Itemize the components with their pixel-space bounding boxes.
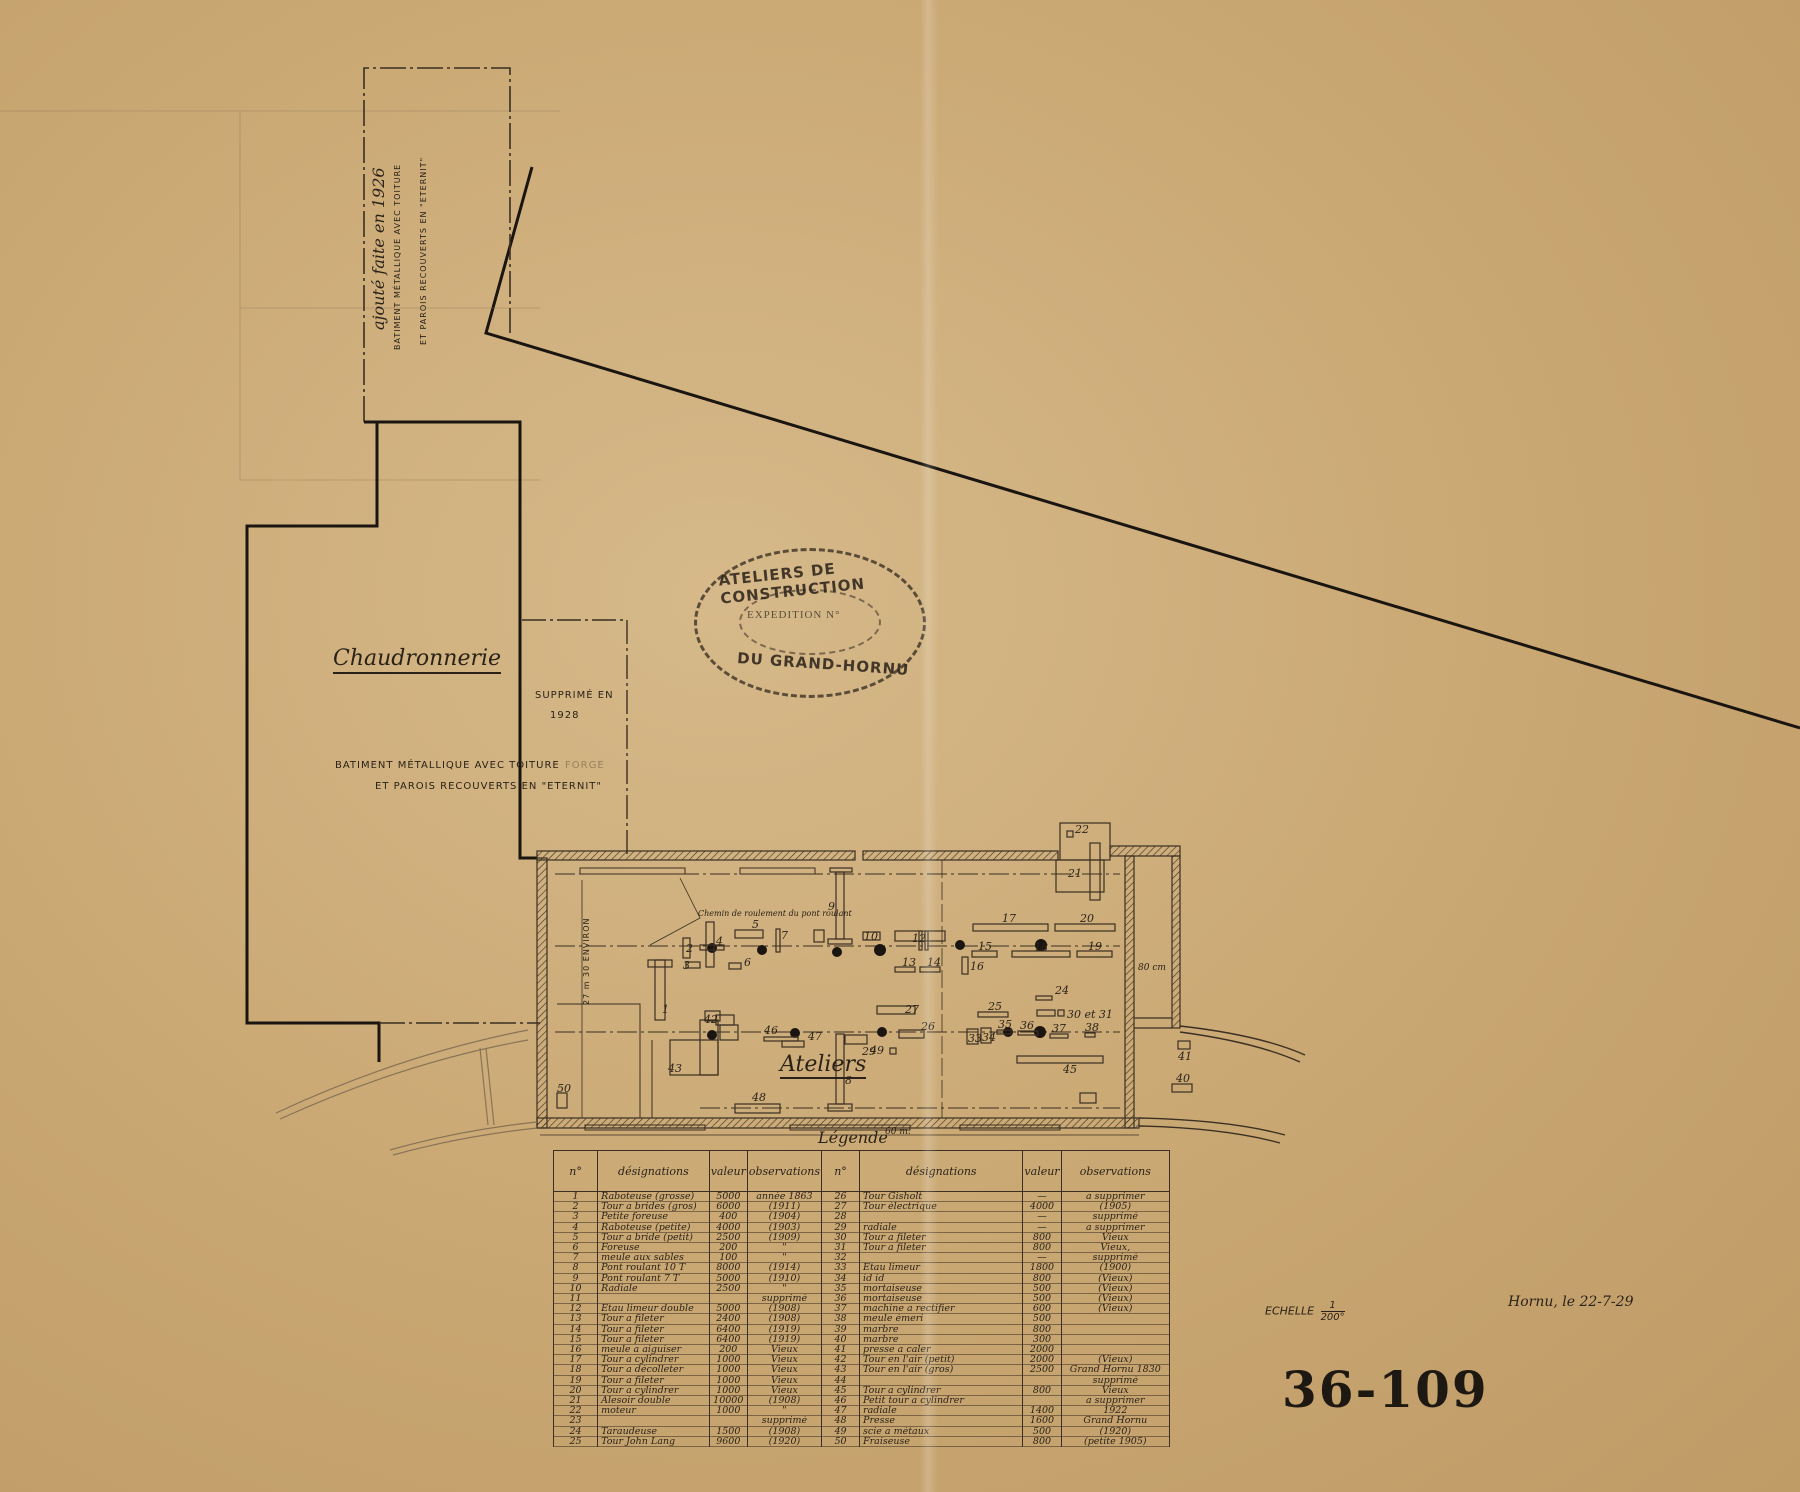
chaudronnerie-desc-1: BATIMENT MÉTALLIQUE AVEC TOITURE [335,760,560,771]
legend-cell-value: — [1023,1192,1061,1202]
legend-cell-observation [1061,1345,1169,1355]
legend-cell-item-number: 31 [822,1243,860,1253]
legend-row: 18Tour a décolleter1000Vieux43Tour en l'… [554,1365,1170,1375]
legend-cell-item-number: 44 [822,1375,860,1385]
legend-row: 17Tour a cylindrer1000Vieux42Tour en l'a… [554,1355,1170,1365]
scale-label: ECHELLE 1 200° [1265,1300,1345,1323]
legend-row: 15Tour a fileter6400(1919)40marbre300 [554,1334,1170,1344]
legend-cell-value [1023,1375,1061,1385]
col-header-value: valeur [709,1151,747,1192]
legend-cell-item-number: 37 [822,1304,860,1314]
legend-cell-designation: Alesoir double [598,1396,710,1406]
legend-cell-item-number: 41 [822,1345,860,1355]
plan-number: 38 [1085,1021,1099,1034]
legend-row: 8Pont roulant 10 T8000(1914)33Etau limeu… [554,1263,1170,1273]
legend-cell-designation: Petite foreuse [598,1212,710,1222]
chaudronnerie-outline [364,422,537,858]
legend-cell-designation: Tour a cylindrer [598,1355,710,1365]
plan-number: 33 [968,1032,982,1045]
col-header-observations-2: observations [1061,1151,1169,1192]
legend-row: 1Raboteuse (grosse)5000année 186326Tour … [554,1192,1170,1202]
legend-cell-designation: Tour a bride (petit) [598,1232,710,1242]
legend-cell-value: 2500 [1023,1365,1061,1375]
legend-cell-item-number: 5 [554,1232,598,1242]
plan-number: 26 [921,1020,935,1033]
legend-cell-value: 6400 [709,1334,747,1344]
legend-cell-item-number: 32 [822,1253,860,1263]
legend-cell-designation: marbre [860,1334,1023,1344]
col-header-observations: observations [747,1151,821,1192]
legend-cell-designation: meule émeri [860,1314,1023,1324]
legend-cell-item-number: 8 [554,1263,598,1273]
legend-cell-designation: Tour a brides (gros) [598,1202,710,1212]
legend-cell-value: 8000 [709,1263,747,1273]
legend-cell-observation: (1903) [747,1222,821,1232]
ateliers-title: Ateliers [780,1052,866,1079]
legend-cell-value: 500 [1023,1426,1061,1436]
legend-cell-value: 6000 [709,1202,747,1212]
legend-cell-value [709,1416,747,1426]
col-header-value-2: valeur [1023,1151,1061,1192]
legend-cell-observation: (1919) [747,1324,821,1334]
legend-cell-item-number: 6 [554,1243,598,1253]
plan-number: 49 [870,1044,884,1057]
legend-cell-designation [860,1253,1023,1263]
legend-cell-item-number: 36 [822,1294,860,1304]
plan-number: 36 [1020,1019,1034,1032]
legend-cell-designation: Tour électrique [860,1202,1023,1212]
legend-cell-observation: Vieux [747,1365,821,1375]
plan-number: 17 [1002,912,1016,925]
legend-cell-item-number: 18 [554,1365,598,1375]
legend-cell-observation: Vieux, [1061,1243,1169,1253]
legend-row: 19Tour a fileter1000Vieux44supprimé [554,1375,1170,1385]
legend-cell-designation: Foreuse [598,1243,710,1253]
legend-cell-observation: année 1863 [747,1192,821,1202]
legend-cell-observation: Vieux [747,1345,821,1355]
legend-cell-value: 1000 [709,1365,747,1375]
suppressed-label-1: SUPPRIMÉ EN [535,690,614,701]
legend-cell-observation: 1922 [1061,1406,1169,1416]
legend-cell-designation: radiale [860,1222,1023,1232]
legend-cell-designation: meule a aiguiser [598,1345,710,1355]
plan-number: 15 [978,940,992,953]
legend-cell-observation: (1920) [747,1436,821,1446]
legend-row: 24Taraudeuse1500(1908)49scie a métaux500… [554,1426,1170,1436]
plan-number: 3 [683,959,690,972]
legend-cell-item-number: 3 [554,1212,598,1222]
legend-cell-observation: supprimé [1061,1375,1169,1385]
legend-cell-observation: (1904) [747,1212,821,1222]
legend-cell-item-number: 13 [554,1314,598,1324]
plan-number: 24 [1055,984,1069,997]
plan-number: 4 [716,935,723,948]
legend-cell-observation: supprimé [1061,1212,1169,1222]
legend-cell-designation: Raboteuse (grosse) [598,1192,710,1202]
legend-row: 7meule aux sables100"32—supprimé [554,1253,1170,1263]
legend-row: 6Foreuse200"31Tour a fileter800Vieux, [554,1243,1170,1253]
plan-number: 19 [1088,940,1102,953]
legend-cell-item-number: 29 [822,1222,860,1232]
legend-cell-observation: (1908) [747,1314,821,1324]
plan-number: 16 [970,960,984,973]
plan-number: 42 [704,1013,718,1026]
legend-cell-designation: Taraudeuse [598,1426,710,1436]
chaudronnerie-desc-2: ET PAROIS RECOUVERTS EN "ETERNIT" [375,781,602,792]
legend-cell-value: 5000 [709,1192,747,1202]
legend-cell-observation: a supprimer [1061,1222,1169,1232]
forge-faint-label: FORGE [565,760,605,771]
legend-cell-observation: (1914) [747,1263,821,1273]
legend-cell-item-number: 21 [554,1396,598,1406]
legend-cell-designation: Tour a fileter [860,1232,1023,1242]
legend-cell-designation: Tour en l'air (petit) [860,1355,1023,1365]
legend-cell-designation: Tour en l'air (gros) [860,1365,1023,1375]
legend-cell-item-number: 35 [822,1283,860,1293]
legend-cell-value: 1500 [709,1426,747,1436]
plan-number: 48 [752,1091,766,1104]
legend-cell-observation: " [747,1283,821,1293]
legend-cell-item-number: 20 [554,1385,598,1395]
legend-cell-item-number: 46 [822,1396,860,1406]
legend-row: 4Raboteuse (petite)4000(1903)29radiale—a… [554,1222,1170,1232]
legend-cell-observation [1061,1314,1169,1324]
legend-cell-observation: Vieux [747,1355,821,1365]
legend-cell-item-number: 19 [554,1375,598,1385]
legend-cell-designation: marbre [860,1324,1023,1334]
addition-1926-desc-1: BATIMENT MÉTALLIQUE AVEC TOITURE [393,164,402,350]
scale-text: ECHELLE [1265,1305,1314,1318]
ateliers-length-dimension: 60 m. [885,1127,911,1137]
legend-cell-observation: (1908) [747,1396,821,1406]
legend-cell-item-number: 17 [554,1355,598,1365]
legend-cell-designation: Pont roulant 7 T [598,1273,710,1283]
plan-number: 47 [808,1030,822,1043]
legend-cell-observation: (Vieux) [1061,1273,1169,1283]
legend-cell-designation: Tour a cylindrer [860,1385,1023,1395]
plan-number: 1 [662,1003,669,1016]
legend-cell-designation: Presse [860,1416,1023,1426]
legend-cell-designation: Tour a cylindrer [598,1385,710,1395]
legend-cell-item-number: 42 [822,1355,860,1365]
legend-cell-designation: Tour a fileter [598,1375,710,1385]
place-date: Hornu, le 22-7-29 [1508,1294,1633,1310]
plan-number: 27 [905,1003,919,1016]
legend-cell-value: 1600 [1023,1416,1061,1426]
legend-cell-designation: machine a rectifier [860,1304,1023,1314]
legend-cell-value: 2000 [1023,1355,1061,1365]
legend-cell-value: 1000 [709,1375,747,1385]
legend-cell-designation: Fraiseuse [860,1436,1023,1446]
reference-number: 36-109 [1282,1360,1489,1419]
legend-row: 11supprimé36mortaiseuse500(Vieux) [554,1294,1170,1304]
legend-cell-item-number: 40 [822,1334,860,1344]
legend-cell-observation: Vieux [1061,1385,1169,1395]
legend-cell-item-number: 47 [822,1406,860,1416]
plan-number: 43 [668,1062,682,1075]
legend-cell-designation: Radiale [598,1283,710,1293]
legend-row: 5Tour a bride (petit)2500(1909)30Tour a … [554,1232,1170,1242]
legend-cell-value: 6400 [709,1324,747,1334]
legend-cell-item-number: 27 [822,1202,860,1212]
legend-cell-item-number: 50 [822,1436,860,1446]
legend-cell-observation: (1908) [747,1304,821,1314]
legend-cell-item-number: 1 [554,1192,598,1202]
legend-cell-observation: a supprimer [1061,1192,1169,1202]
legend-cell-designation: Tour a fileter [598,1314,710,1324]
legend-cell-observation: Grand Hornu [1061,1416,1169,1426]
legend-cell-item-number: 9 [554,1273,598,1283]
legend-cell-designation: mortaiseuse [860,1294,1023,1304]
suppressed-label-2: 1928 [550,710,579,721]
plan-number: 34 [982,1031,996,1044]
legend-cell-designation: Tour a fileter [598,1334,710,1344]
legend-cell-designation: Etau limeur [860,1263,1023,1273]
legend-cell-designation [598,1416,710,1426]
legend-cell-designation: id id [860,1273,1023,1283]
legend-cell-observation: (petite 1905) [1061,1436,1169,1446]
legend-cell-observation: a supprimer [1061,1396,1169,1406]
legend-cell-item-number: 38 [822,1314,860,1324]
legend-cell-value: 800 [1023,1436,1061,1446]
wall-thickness-dimension: 80 cm [1138,963,1166,973]
legend-cell-value: 5000 [709,1304,747,1314]
legend-cell-value: 500 [1023,1283,1061,1293]
legend-cell-value: 2500 [709,1232,747,1242]
legend-cell-designation: radiale [860,1406,1023,1416]
legend-cell-observation: " [747,1253,821,1263]
legend-cell-value: 800 [1023,1385,1061,1395]
col-header-no: n° [554,1151,598,1192]
plan-number: 10 [864,930,878,943]
legend-cell-item-number: 23 [554,1416,598,1426]
plan-number: 18 [1034,941,1048,954]
legend-cell-observation: (Vieux) [1061,1294,1169,1304]
legend-cell-value: 500 [1023,1294,1061,1304]
legend-cell-designation: Tour John Lang [598,1436,710,1446]
legend-cell-observation: (Vieux) [1061,1304,1169,1314]
legend-cell-designation: moteur [598,1406,710,1416]
legend-cell-item-number: 45 [822,1385,860,1395]
plan-number: 21 [1068,867,1082,880]
legend-cell-observation: (1905) [1061,1202,1169,1212]
drawing-sheet: ATELIERS DE CONSTRUCTION EXPEDITION N° D… [0,0,1800,1492]
legend-cell-observation: Vieux [1061,1232,1169,1242]
plan-number: 9 [828,900,835,913]
legend-cell-item-number: 28 [822,1212,860,1222]
legend-cell-designation: mortaiseuse [860,1283,1023,1293]
legend-cell-observation: Vieux [747,1385,821,1395]
legend-cell-designation: scie a métaux [860,1426,1023,1436]
legend-cell-observation: (1911) [747,1202,821,1212]
col-header-no-2: n° [822,1151,860,1192]
legend-cell-designation [598,1294,710,1304]
legend-cell-designation: Raboteuse (petite) [598,1222,710,1232]
legend-cell-item-number: 4 [554,1222,598,1232]
plan-number: 7 [781,929,788,942]
legend-cell-observation: supprimé [747,1416,821,1426]
legend-row: 9Pont roulant 7 T5000(1910)34id id800(Vi… [554,1273,1170,1283]
legend-cell-value: — [1023,1222,1061,1232]
legend-cell-value: 1400 [1023,1406,1061,1416]
plan-number: 25 [988,1000,1002,1013]
legend-cell-item-number: 11 [554,1294,598,1304]
legend-cell-observation: supprimé [1061,1253,1169,1263]
legend-cell-item-number: 24 [554,1426,598,1436]
legend-row: 12Etau limeur double5000(1908)37machine … [554,1304,1170,1314]
legend-cell-observation: Vieux [747,1375,821,1385]
plan-number: 40 [1176,1072,1190,1085]
legend-cell-value: 800 [1023,1232,1061,1242]
legend-cell-value: 600 [1023,1304,1061,1314]
legend-row: 20Tour a cylindrer1000Vieux45Tour a cyli… [554,1385,1170,1395]
plan-number: 8 [845,1074,852,1087]
legend-cell-item-number: 14 [554,1324,598,1334]
plan-number: 2 [686,942,693,955]
plan-number: 12 [912,932,926,945]
company-stamp: ATELIERS DE CONSTRUCTION EXPEDITION N° D… [694,548,926,698]
suppressed-forge-outline [522,620,627,858]
legend-cell-value: 800 [1023,1273,1061,1283]
legend-cell-designation: Tour Gisholt [860,1192,1023,1202]
legend-cell-designation: Etau limeur double [598,1304,710,1314]
legend-cell-designation: meule aux sables [598,1253,710,1263]
legend-row: 21Alesoir double10000(1908)46Petit tour … [554,1396,1170,1406]
legend-cell-item-number: 22 [554,1406,598,1416]
legend-cell-item-number: 49 [822,1426,860,1436]
legend-cell-observation: Grand Hornu 1830 [1061,1365,1169,1375]
legend-cell-value: 100 [709,1253,747,1263]
addition-1926-title: ajouté faite en 1926 [369,167,388,330]
legend-row: 2Tour a brides (gros)6000(1911)27Tour él… [554,1202,1170,1212]
legend-cell-value: 9600 [709,1436,747,1446]
legend-header-row: n° désignations valeur observations n° d… [554,1151,1170,1192]
legend-cell-value: 1800 [1023,1263,1061,1273]
legend-cell-observation: (1920) [1061,1426,1169,1436]
legend-cell-value: — [1023,1253,1061,1263]
plan-number: 50 [557,1082,571,1095]
legend-row: 14Tour a fileter6400(1919)39marbre800 [554,1324,1170,1334]
col-header-designation: désignations [598,1151,710,1192]
plan-number: 46 [764,1024,778,1037]
legend-cell-item-number: 48 [822,1416,860,1426]
legend-cell-item-number: 16 [554,1345,598,1355]
legend-cell-observation: (1900) [1061,1263,1169,1273]
plan-number: 22 [1075,823,1089,836]
legend-cell-observation: supprimé [747,1294,821,1304]
legend-cell-value: 2400 [709,1314,747,1324]
scale-denominator: 200° [1321,1312,1345,1323]
legend-cell-value: 1000 [709,1355,747,1365]
legend-cell-item-number: 7 [554,1253,598,1263]
stamp-middle-text: EXPEDITION N° [747,609,840,621]
legend-cell-designation: Tour a fileter [860,1243,1023,1253]
legend-row: 23supprimé48Presse1600Grand Hornu [554,1416,1170,1426]
col-header-designation-2: désignations [860,1151,1023,1192]
legend-cell-value: 300 [1023,1334,1061,1344]
plan-number: 35 [998,1018,1012,1031]
legend-row: 10Radiale2500"35mortaiseuse500(Vieux) [554,1283,1170,1293]
plan-number: 14 [927,956,941,969]
legend-table: n° désignations valeur observations n° d… [553,1150,1170,1447]
legend-cell-item-number: 34 [822,1273,860,1283]
plan-number: 37 [1052,1022,1066,1035]
legend-row: 3Petite foreuse400(1904)28—supprimé [554,1212,1170,1222]
plan-number: 13 [902,956,916,969]
legend-cell-item-number: 15 [554,1334,598,1344]
legend-cell-item-number: 25 [554,1436,598,1446]
addition-1926-desc-2: ET PAROIS RECOUVERTS EN "ETERNIT" [419,157,428,345]
scale-fraction: 1 200° [1321,1300,1345,1323]
plan-number: 45 [1063,1063,1077,1076]
ateliers-width-dimension: 27 m 30 ENVIRON [582,918,591,1006]
legend-cell-item-number: 12 [554,1304,598,1314]
legend-cell-item-number: 33 [822,1263,860,1273]
legend-cell-designation: Petit tour a cylindrer [860,1396,1023,1406]
legend-cell-observation: (1910) [747,1273,821,1283]
chaudronnerie-title: Chaudronnerie [333,646,501,674]
railway-tracks [1139,1026,1305,1143]
property-boundary-line [486,167,1800,728]
legend-cell-designation [860,1212,1023,1222]
legend-cell-value: 10000 [709,1396,747,1406]
legend-cell-value: 200 [709,1243,747,1253]
plan-number: 5 [752,918,759,931]
legend-title: Légende [818,1128,888,1147]
legend-cell-value: 1000 [709,1385,747,1395]
columns [707,939,1047,1040]
legend-cell-observation [1061,1324,1169,1334]
legend-cell-value [1023,1396,1061,1406]
legend-cell-observation: " [747,1243,821,1253]
ateliers-walls [537,823,1180,1130]
legend-cell-item-number: 26 [822,1192,860,1202]
legend-cell-value: 200 [709,1345,747,1355]
legend-cell-value: 400 [709,1212,747,1222]
legend-cell-value: 800 [1023,1324,1061,1334]
legend-body: 1Raboteuse (grosse)5000année 186326Tour … [554,1192,1170,1447]
legend-cell-observation [1061,1334,1169,1344]
legend-cell-item-number: 10 [554,1283,598,1293]
legend-cell-item-number: 39 [822,1324,860,1334]
plan-number: 41 [1178,1050,1192,1063]
legend-cell-observation: (1919) [747,1334,821,1344]
legend-cell-value: — [1023,1212,1061,1222]
legend-cell-designation: Tour a décolleter [598,1365,710,1375]
legend-cell-value: 800 [1023,1243,1061,1253]
legend-cell-designation: presse a caler [860,1345,1023,1355]
legend-cell-value: 2500 [709,1283,747,1293]
legend-cell-designation [860,1375,1023,1385]
plan-number: 6 [744,956,751,969]
legend-row: 13Tour a fileter2400(1908)38meule émeri5… [554,1314,1170,1324]
legend-cell-observation: (1909) [747,1232,821,1242]
plan-number: 20 [1080,912,1094,925]
legend-cell-designation: Tour a fileter [598,1324,710,1334]
legend-row: 16meule a aiguiser200Vieux41presse a cal… [554,1345,1170,1355]
legend-cell-value: 2000 [1023,1345,1061,1355]
legend-cell-observation: (Vieux) [1061,1283,1169,1293]
legend-row: 25Tour John Lang9600(1920)50Fraiseuse800… [554,1436,1170,1446]
legend-cell-value [709,1294,747,1304]
legend-cell-value: 4000 [709,1222,747,1232]
legend-cell-value: 1000 [709,1406,747,1416]
legend-cell-value: 4000 [1023,1202,1061,1212]
legend-cell-value: 500 [1023,1314,1061,1324]
legend-row: 22moteur1000"47radiale14001922 [554,1406,1170,1416]
legend-cell-item-number: 30 [822,1232,860,1242]
legend-cell-observation: (Vieux) [1061,1355,1169,1365]
